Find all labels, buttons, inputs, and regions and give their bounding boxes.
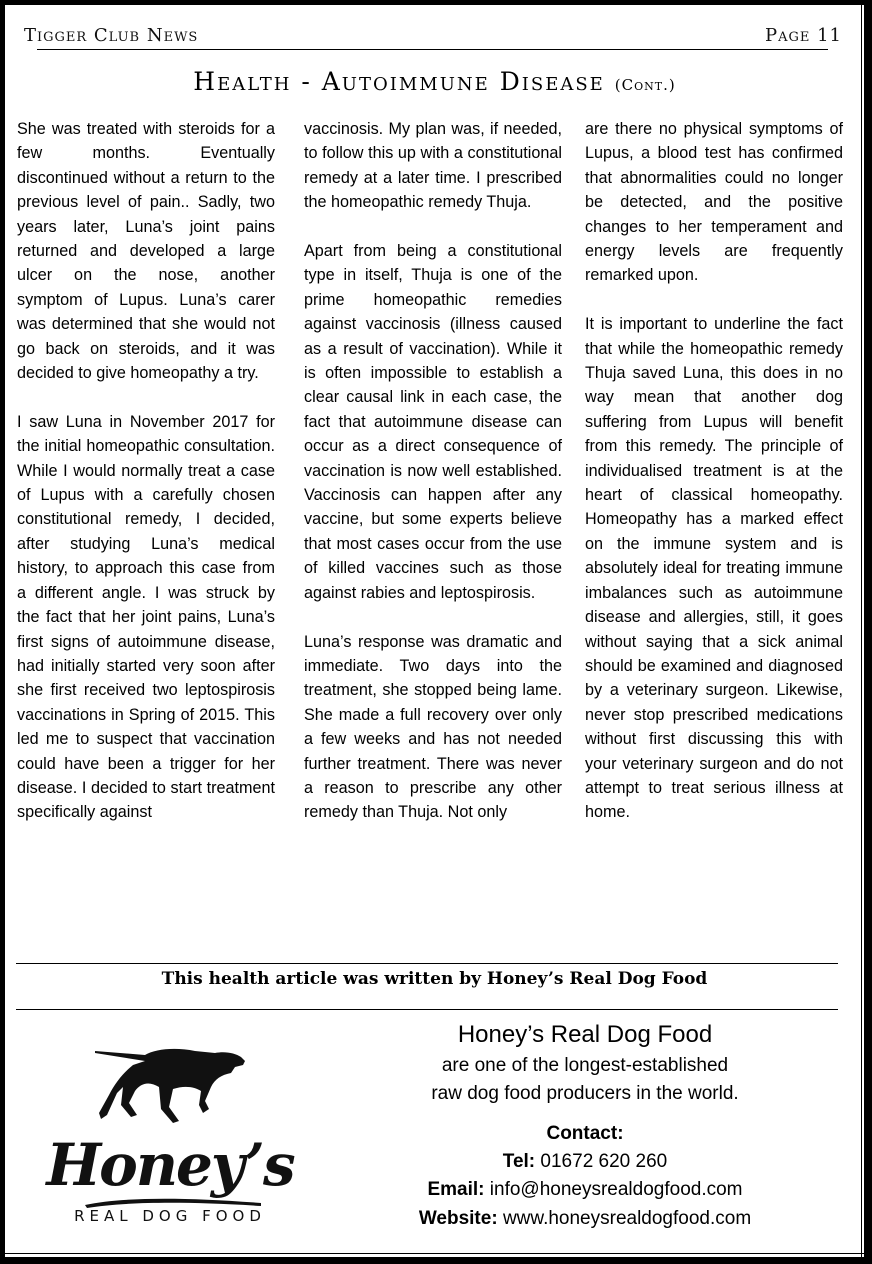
contact-email: Email: info@honeysrealdogfood.com: [375, 1176, 795, 1204]
honeys-logo: Honey’s REAL DOG FOOD: [45, 1043, 295, 1233]
tel-label: Tel:: [503, 1151, 535, 1172]
paragraph: Apart from being a constitutional type i…: [304, 239, 562, 605]
paragraph: She was treated with steroids for a few …: [17, 117, 275, 385]
credit-top-rule: [16, 963, 838, 964]
contact-heading-text: Contact:: [546, 1123, 623, 1144]
email-link[interactable]: info@honeysrealdogfood.com: [490, 1179, 743, 1200]
frame-bottom-rule: [5, 1253, 864, 1254]
advert-company-name: Honey’s Real Dog Food: [375, 1019, 795, 1051]
dog-silhouette-icon: [45, 1043, 295, 1143]
tel-value[interactable]: 01672 620 260: [540, 1151, 667, 1172]
running-header: Tigger Club News Page 11: [24, 25, 842, 47]
article-title: Health - Autoimmune Disease (Cont.): [5, 67, 864, 100]
article-title-suffix: (Cont.): [615, 76, 676, 94]
logo-tagline: REAL DOG FOOD: [45, 1207, 295, 1225]
article-title-text: Health - Autoimmune Disease: [193, 67, 605, 96]
paragraph: are there no physical symptoms of Lupus,…: [585, 117, 843, 288]
website-label: Website:: [419, 1208, 498, 1229]
page-number: Page 11: [765, 25, 842, 46]
contact-tel: Tel: 01672 620 260: [375, 1148, 795, 1176]
logo-script-text: Honey’s: [45, 1135, 295, 1195]
newsletter-page: Tigger Club News Page 11 Health - Autoim…: [5, 5, 866, 1257]
website-link[interactable]: www.honeysrealdogfood.com: [503, 1208, 751, 1229]
paragraph: Luna’s response was dramatic and immedia…: [304, 630, 562, 825]
article-column-1: She was treated with steroids for a few …: [17, 117, 275, 825]
paragraph: It is important to underline the fact th…: [585, 312, 843, 825]
advert-description-line-2: raw dog food producers in the world.: [375, 1081, 795, 1107]
header-rule: [37, 49, 828, 50]
publication-name: Tigger Club News: [24, 25, 198, 46]
contact-website: Website: www.honeysrealdogfood.com: [375, 1205, 795, 1233]
article-column-3: are there no physical symptoms of Lupus,…: [585, 117, 843, 825]
paragraph: vaccinosis. My plan was, if needed, to f…: [304, 117, 562, 215]
email-label: Email:: [427, 1179, 484, 1200]
contact-heading: Contact:: [375, 1120, 795, 1148]
paragraph: I saw Luna in November 2017 for the init…: [17, 410, 275, 825]
advert-description-line-1: are one of the longest-established: [375, 1053, 795, 1079]
article-credit: This health article was written by Honey…: [5, 969, 864, 989]
article-column-2: vaccinosis. My plan was, if needed, to f…: [304, 117, 562, 825]
credit-bottom-rule: [16, 1009, 838, 1010]
